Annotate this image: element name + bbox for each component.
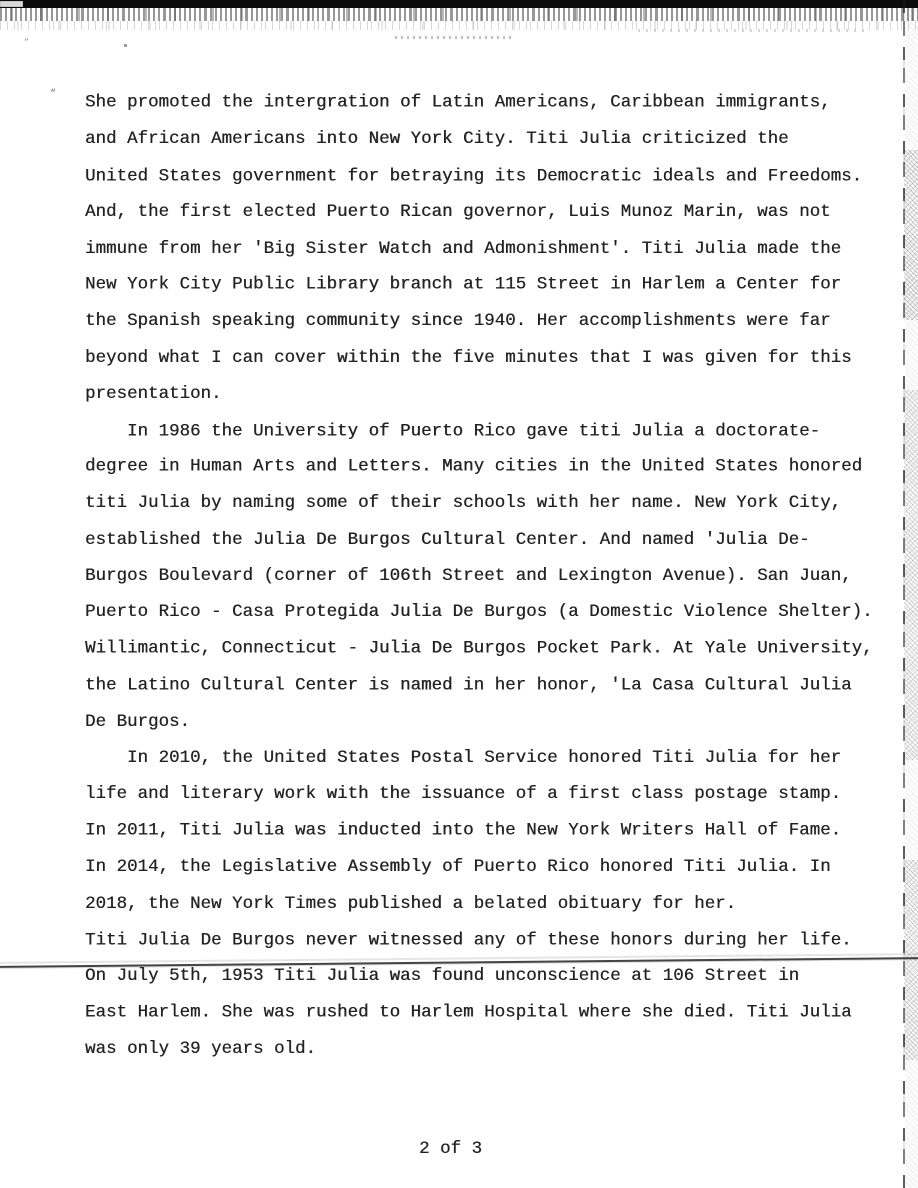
- text-line: degree in Human Arts and Letters. Many c…: [85, 448, 915, 484]
- text-line: presentation.: [85, 376, 915, 412]
- text-line: In 2011, Titi Julia was inducted into th…: [85, 812, 915, 848]
- scan-dotted-segment: [638, 29, 870, 32]
- text-line: Puerto Rico - Casa Protegida Julia De Bu…: [85, 594, 915, 630]
- text-line: and African Americans into New York City…: [85, 121, 915, 157]
- text-line: titi Julia by naming some of their schoo…: [85, 485, 915, 521]
- text-line: In 2014, the Legislative Assembly of Pue…: [85, 849, 915, 885]
- text-line: Burgos Boulevard (corner of 106th Street…: [85, 558, 915, 594]
- scan-speckle-row: [0, 8, 918, 21]
- paper-speck: “: [24, 38, 29, 48]
- scan-black-bar: [0, 0, 918, 8]
- page-number: 2 of 3: [419, 1131, 482, 1167]
- paper-speck: “: [50, 90, 56, 100]
- scan-noise-top: [0, 0, 918, 46]
- scan-edge-patch: [904, 860, 918, 1060]
- scan-edge-patch: [904, 150, 918, 320]
- text-line: Willimantic, Connecticut - Julia De Burg…: [85, 630, 915, 666]
- text-line: life and literary work with the issuance…: [85, 776, 915, 812]
- text-line: East Harlem. She was rushed to Harlem Ho…: [85, 994, 915, 1030]
- scan-corner-label: [0, 1, 23, 7]
- text-line: established the Julia De Burgos Cultural…: [85, 522, 915, 558]
- text-line: the Latino Cultural Center is named in h…: [85, 668, 915, 704]
- scan-edge-patch: [904, 390, 918, 760]
- scan-edge-artifact: [900, 0, 918, 1188]
- scanned-document-page: She promoted the intergration of Latin A…: [0, 0, 918, 1188]
- paper-speck: [124, 44, 127, 47]
- text-line: New York City Public Library branch at 1…: [85, 266, 915, 302]
- text-line: 2018, the New York Times published a bel…: [85, 886, 915, 922]
- text-line: United States government for betraying i…: [85, 158, 915, 194]
- text-line: beyond what I can cover within the five …: [85, 340, 915, 376]
- text-line: Titi Julia De Burgos never witnessed any…: [85, 922, 915, 958]
- text-line: In 1986 the University of Puerto Rico ga…: [85, 413, 915, 449]
- scan-dotted-segment: [395, 36, 513, 39]
- text-line: De Burgos.: [85, 704, 915, 740]
- document-text: She promoted the intergration of Latin A…: [85, 85, 915, 1068]
- text-line: was only 39 years old.: [85, 1031, 915, 1067]
- text-line: She promoted the intergration of Latin A…: [85, 85, 915, 121]
- text-line: In 2010, the United States Postal Servic…: [85, 740, 915, 776]
- text-line: And, the first elected Puerto Rican gove…: [85, 194, 915, 230]
- text-line: immune from her 'Big Sister Watch and Ad…: [85, 231, 915, 267]
- text-line: the Spanish speaking community since 194…: [85, 303, 915, 339]
